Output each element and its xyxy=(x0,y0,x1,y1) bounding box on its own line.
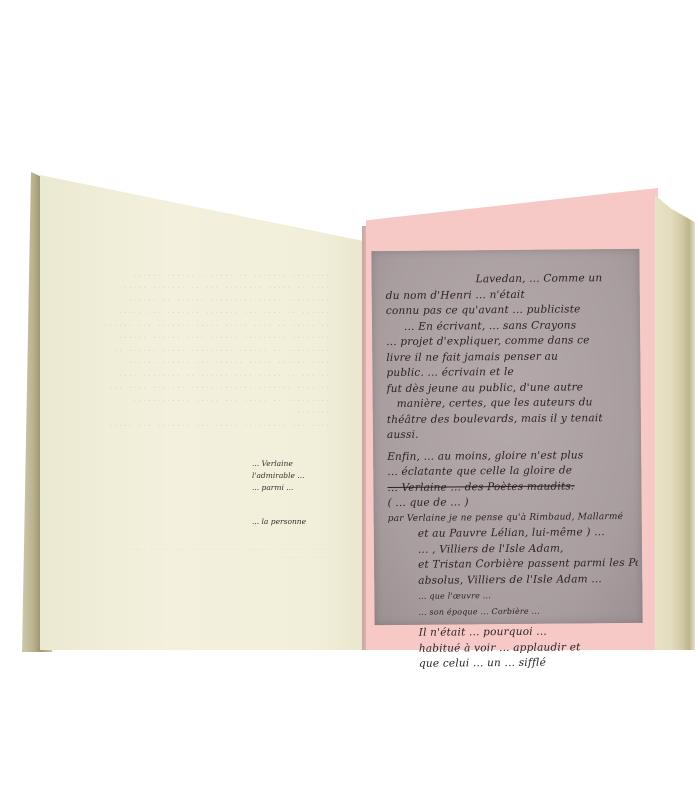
manuscript-line: absolus, Villiers de l'Isle Adam ... xyxy=(388,571,638,589)
manuscript-line: et Tristan Corbière passent parmi les Po… xyxy=(388,556,638,574)
manuscript-plate: Lavedan, ... Comme un du nom d'Henri ...… xyxy=(371,249,642,625)
manuscript-line: que celui ... un ... sifflé xyxy=(389,655,639,673)
manuscript-line: théâtre des boulevards, mais il y tenait xyxy=(387,410,637,428)
page-block-edges xyxy=(655,195,695,650)
margin-note: l'admirable ... xyxy=(252,470,322,482)
handwritten-text: Lavedan, ... Comme un du nom d'Henri ...… xyxy=(386,271,639,673)
margin-note: ... la personne xyxy=(252,516,322,528)
manuscript-line: et au Pauvre Lélian, lui-même ) ... xyxy=(388,525,638,543)
margin-note: ... parmi ... xyxy=(252,482,322,494)
manuscript-line: ... son époque ... Corbière ... xyxy=(388,602,638,620)
manuscript-margin-notes: ... Verlaine l'admirable ... ... parmi .… xyxy=(252,458,322,528)
left-page-footnote-show-through: ...... .. ..... ....... ....... ...... .… xyxy=(100,545,330,561)
left-page-show-through-text: ​ ........ ....... .. ..... . ...... ...… xyxy=(100,255,330,430)
margin-note: ... Verlaine xyxy=(252,458,322,470)
manuscript-line: Lavedan, ... Comme un xyxy=(386,271,636,289)
manuscript-line: aussi. xyxy=(387,426,637,444)
open-book: ​ ........ ....... .. ..... . ...... ...… xyxy=(0,0,700,800)
